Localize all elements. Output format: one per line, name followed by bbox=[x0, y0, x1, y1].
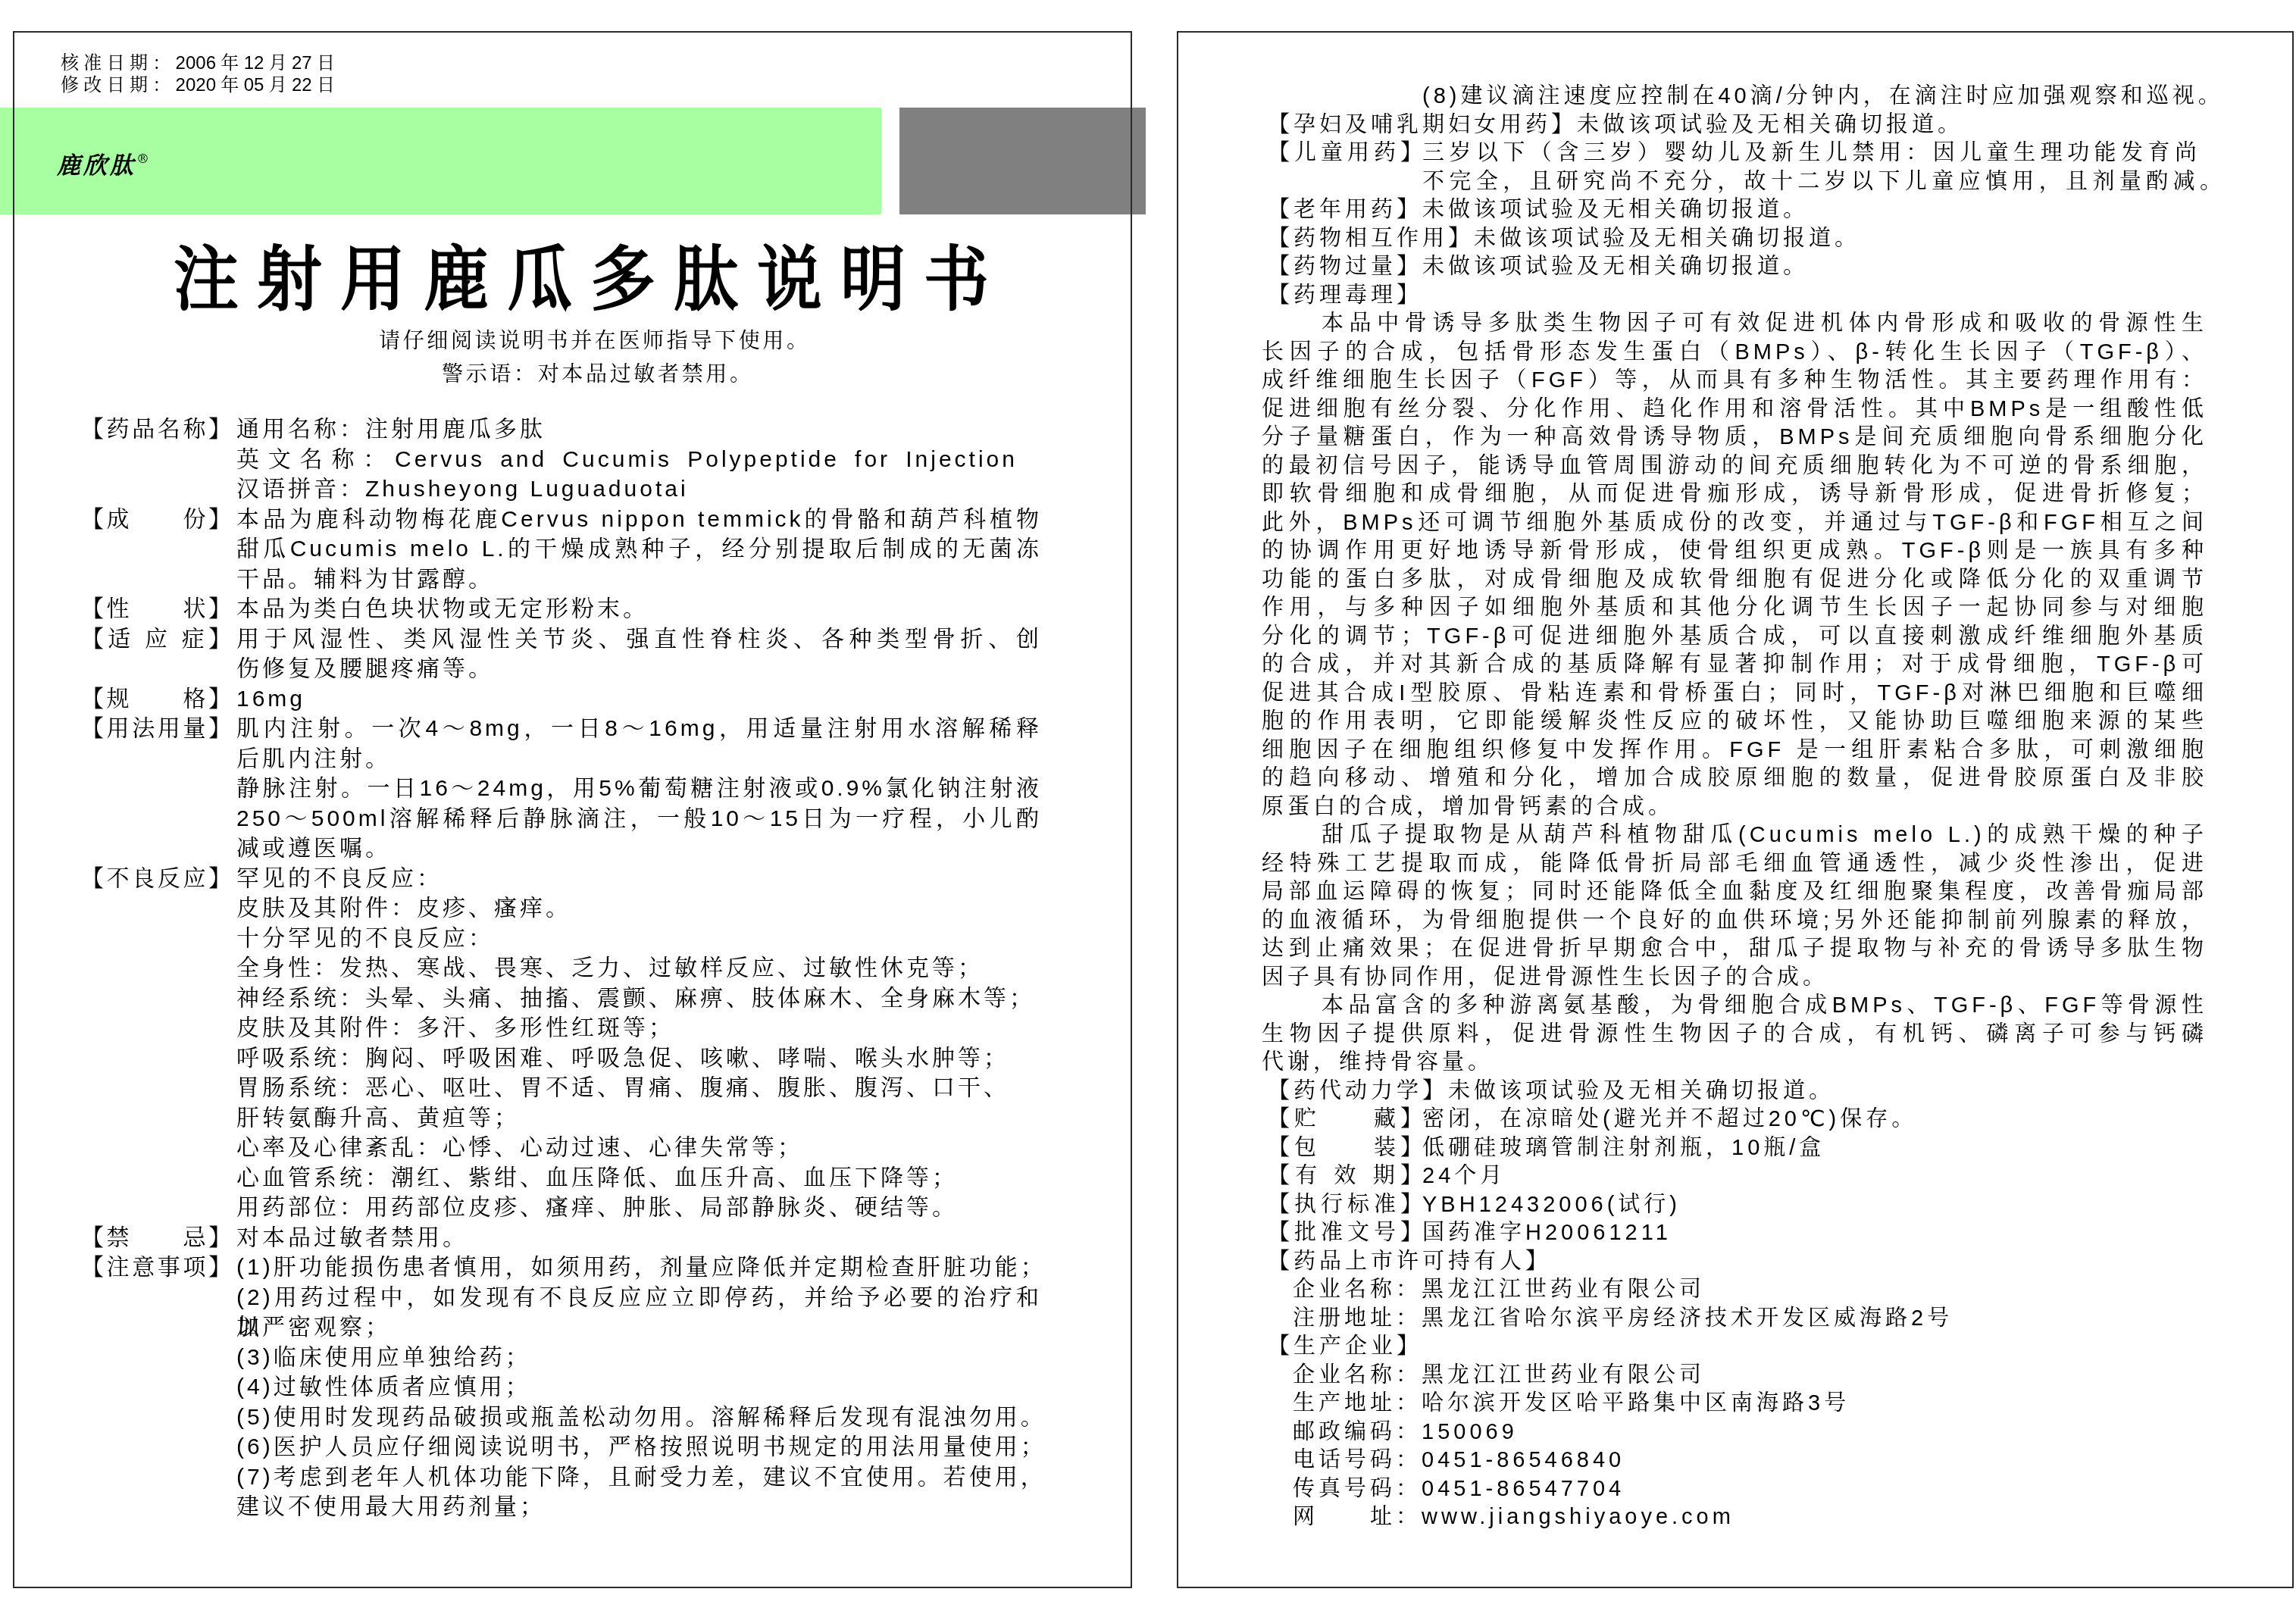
manufacturer-address: 生产地址：哈尔滨开发区哈平路集中区南海路3号 bbox=[1262, 1390, 2247, 1418]
precaution-item: (4)过敏性体质者应慎用； bbox=[236, 1372, 1042, 1403]
warning-notice: 警示语：对本品过敏者禁用。 bbox=[442, 361, 751, 387]
section-manufacturer-label: 【生产企业】 bbox=[1262, 1333, 2247, 1362]
section-line: 心血管系统：潮红、紫绀、血压降低、血压升高、血压下降等； bbox=[236, 1163, 1042, 1193]
field-value: 哈尔滨开发区哈平路集中区南海路3号 bbox=[1422, 1391, 1850, 1415]
field-value: 黑龙江江世药业有限公司 bbox=[1422, 1363, 1705, 1387]
pharmacology-line: 分化的调节；TGF-β可促进细胞外基质合成，可以直接刺激成纤维细胞外基质 bbox=[1262, 623, 2207, 652]
section-value: 未做该项试验及无相关确切报道。 bbox=[1577, 113, 1963, 137]
section-value: YBH12432006(试行) bbox=[1422, 1193, 1681, 1217]
section-line: 三岁以下（含三岁）婴幼儿及新生儿禁用：因儿童生理功能发育尚 bbox=[1422, 139, 2201, 168]
section-storage: 【贮 藏】密闭，在凉暗处(避光并不超过20℃)保存。 bbox=[1262, 1106, 2247, 1134]
manufacturer-phone: 电话号码：0451-86546840 bbox=[1262, 1447, 2247, 1475]
left-page-body: 【药品名称】 通用名称：注射用鹿瓜多肽 英文名称：Cervus and Cucu… bbox=[81, 414, 1042, 1522]
section-precautions: 【注意事项】 (1)肝功能损伤患者慎用，如须用药，剂量应降低并定期检查肝脏功能；… bbox=[81, 1253, 1042, 1522]
field-value: 150069 bbox=[1422, 1420, 1518, 1444]
section-label: 【儿童用药】 bbox=[1268, 139, 1422, 168]
section-line: 本品为鹿科动物梅花鹿Cervus nippon temmick的骨骼和葫芦科植物 bbox=[236, 505, 1042, 535]
pharmacology-line: 代谢，维持骨容量。 bbox=[1262, 1049, 2247, 1077]
section-value: 密闭，在凉暗处(避光并不超过20℃)保存。 bbox=[1422, 1107, 1917, 1131]
pharmacology-line: 本品富含的多种游离氨基酸，为骨细胞合成BMPs、TGF-β、FGF等骨源性 bbox=[1262, 992, 2207, 1021]
section-label: 【不良反应】 bbox=[81, 864, 231, 894]
pharmacology-line: 的血液循环，为骨细胞提供一个良好的血供环境;另外还能抑制前列腺素的释放， bbox=[1262, 907, 2207, 936]
section-value: 国药准字H20061211 bbox=[1422, 1221, 1672, 1245]
section-line: 用药部位：用药部位皮疹、瘙痒、肿胀、局部静脉炎、硬结等。 bbox=[236, 1193, 1042, 1223]
pharmacology-line: 促进细胞有丝分裂、分化作用、趋化作用和溶骨活性。其中BMPs是一组酸性低 bbox=[1262, 396, 2207, 424]
section-body: 罕见的不良反应： 皮肤及其附件：皮疹、瘙痒。 十分罕见的不良反应： 全身性：发热… bbox=[236, 864, 1042, 1223]
precaution-item: (3)临床使用应单独给药； bbox=[236, 1343, 1042, 1373]
pharmacology-line: 作用，与多种因子如细胞外基质和其他分化调节生长因子一起协同参与对细胞 bbox=[1262, 594, 2207, 623]
section-line: 对本品过敏者禁用。 bbox=[236, 1223, 1042, 1253]
manufacturer-company-name: 企业名称：黑龙江江世药业有限公司 bbox=[1262, 1362, 2247, 1390]
precaution-item-8: (8)建议滴注速度应控制在40滴/分钟内，在滴注时应加强观察和巡视。 bbox=[1262, 83, 2247, 111]
pharmacology-line: 的协调作用更好地诱导新骨形成，使骨组织更成熟。TGF-β则是一族具有多种 bbox=[1262, 537, 2207, 566]
section-label: 【适 应 症】 bbox=[81, 624, 231, 655]
section-line: 神经系统：头晕、头痛、抽搐、震颤、麻痹、肢体麻木、全身麻木等； bbox=[236, 984, 1042, 1014]
field-label: 邮政编码： bbox=[1293, 1420, 1422, 1444]
field-label: 企业名称： bbox=[1293, 1363, 1422, 1387]
pinyin-name: 汉语拼音：Zhusheyong Luguaduotai bbox=[236, 474, 1042, 505]
pharmacology-line: 局部血运障碍的恢复；同时还能降低全血黏度及红细胞聚集程度，改善骨痂局部 bbox=[1262, 878, 2207, 907]
section-label: 【贮 藏】 bbox=[1268, 1106, 1422, 1134]
generic-name: 通用名称：注射用鹿瓜多肽 bbox=[236, 414, 1042, 445]
pharmacology-line: 此外，BMPs还可调节细胞外基质成份的改变，并通过与TGF-β和FGF相互之间 bbox=[1262, 509, 2207, 538]
approval-date-value: 2006年12月27日 bbox=[176, 53, 335, 73]
section-line: 用于风湿性、类风湿性关节炎、强直性脊柱炎、各种类型骨折、创 bbox=[236, 624, 1042, 655]
section-line: 全身性：发热、寒战、畏寒、乏力、过敏样反应、过敏性休克等； bbox=[236, 953, 1042, 984]
section-label: 【用法用量】 bbox=[81, 714, 231, 744]
field-label: 生产地址： bbox=[1293, 1391, 1422, 1415]
section-body: 肌内注射。一次4～8mg，一日8～16mg，用适量注射用水溶解稀释 后肌内注射。… bbox=[236, 714, 1042, 864]
section-approval-number: 【批准文号】国药准字H20061211 bbox=[1262, 1219, 2247, 1248]
section-label: 【有 效 期】 bbox=[1268, 1162, 1422, 1191]
section-dosage: 【用法用量】 肌内注射。一次4～8mg，一日8～16mg，用适量注射用水溶解稀释… bbox=[81, 714, 1042, 864]
field-value: www.jiangshiyaoye.com bbox=[1422, 1505, 1735, 1529]
pharmacology-line: 甜瓜子提取物是从葫芦科植物甜瓜(Cucumis melo L.)的成熟干燥的种子 bbox=[1262, 821, 2207, 850]
precaution-item: (7)考虑到老年人机体功能下降，且耐受力差，建议不宜使用。若使用， bbox=[236, 1462, 1042, 1493]
field-label: 传真号码： bbox=[1293, 1477, 1422, 1501]
section-body: 通用名称：注射用鹿瓜多肽 英文名称：Cervus and Cucumis Pol… bbox=[236, 414, 1042, 505]
section-label: 【药物过量】 bbox=[1268, 255, 1422, 279]
section-body: 对本品过敏者禁用。 bbox=[236, 1223, 1042, 1253]
pharmacology-line: 本品中骨诱导多肽类生物因子可有效促进机体内骨形成和吸收的骨源性生 bbox=[1262, 310, 2207, 339]
section-mah-label: 【药品上市许可持有人】 bbox=[1262, 1248, 2247, 1277]
section-label: 【批准文号】 bbox=[1268, 1219, 1422, 1248]
section-line: 静脉注射。一日16～24mg，用5%葡萄糖注射液或0.9%氯化钠注射液 bbox=[236, 774, 1042, 804]
section-composition: 【成 份】 本品为鹿科动物梅花鹿Cervus nippon temmick的骨骼… bbox=[81, 505, 1042, 595]
english-name: 英文名称：Cervus and Cucumis Polypeptide for … bbox=[236, 445, 1018, 475]
mah-registered-address: 注册地址：黑龙江省哈尔滨平房经济技术开发区威海路2号 bbox=[1262, 1305, 2247, 1334]
section-line: 后肌内注射。 bbox=[236, 744, 1042, 774]
section-validity: 【有 效 期】24个月 bbox=[1262, 1162, 2247, 1191]
section-label: 【执行标准】 bbox=[1268, 1191, 1422, 1220]
pharmacology-line: 原蛋白的合成，增加骨钙素的合成。 bbox=[1262, 793, 2247, 822]
approval-date-label: 核准日期： bbox=[61, 53, 176, 73]
section-label: 【孕妇及哺乳期妇女用药】 bbox=[1268, 113, 1577, 137]
pharmacology-line: 功能的蛋白多肽，对成骨细胞及成软骨细胞有促进分化或降低分化的双重调节 bbox=[1262, 566, 2207, 595]
section-label: 【药物相互作用】 bbox=[1268, 227, 1474, 251]
field-value: 黑龙江江世药业有限公司 bbox=[1422, 1278, 1705, 1302]
section-line: 16mg bbox=[236, 684, 1042, 715]
field-label: 企业名称： bbox=[1293, 1278, 1422, 1302]
section-indications: 【适 应 症】 用于风湿性、类风湿性关节炎、强直性脊柱炎、各种类型骨折、创 伤修… bbox=[81, 624, 1042, 684]
section-label: 【禁 忌】 bbox=[81, 1223, 231, 1253]
field-value: 0451-86547704 bbox=[1422, 1477, 1625, 1501]
section-overdose: 【药物过量】未做该项试验及无相关确切报道。 bbox=[1262, 253, 2247, 282]
approval-date: 核准日期：2006年12月27日 bbox=[61, 52, 335, 74]
section-label: 【老年用药】 bbox=[1268, 198, 1422, 222]
revision-date-value: 2020年05月22日 bbox=[176, 75, 335, 95]
section-body: (1)肝功能损伤患者慎用，如须用药，剂量应降低并定期检查肝脏功能； (2)用药过… bbox=[236, 1253, 1042, 1522]
mah-company-name: 企业名称：黑龙江江世药业有限公司 bbox=[1262, 1276, 2247, 1305]
section-line: 胃肠系统：恶心、呕吐、胃不适、胃痛、腹痛、腹胀、腹泻、口干、 bbox=[236, 1073, 1042, 1103]
precaution-item: (2)用药过程中，如发现有不良反应应立即停药，并给予必要的治疗和加 bbox=[236, 1283, 1042, 1313]
section-line: 减或遵医嘱。 bbox=[236, 834, 1042, 864]
section-line: 不完全，且研究尚不充分，故十二岁以下儿童应慎用，且剂量酌减。 bbox=[1422, 168, 2226, 197]
pharmacology-line: 分子量糖蛋白，作为一种高效骨诱导物质，BMPs是间充质细胞向骨系细胞分化 bbox=[1262, 424, 2207, 452]
field-value: 黑龙江省哈尔滨平房经济技术开发区威海路2号 bbox=[1422, 1306, 1953, 1331]
section-strength: 【规 格】 16mg bbox=[81, 684, 1042, 715]
section-drug-name: 【药品名称】 通用名称：注射用鹿瓜多肽 英文名称：Cervus and Cucu… bbox=[81, 414, 1042, 505]
section-contraindications: 【禁 忌】 对本品过敏者禁用。 bbox=[81, 1223, 1042, 1253]
document-dates: 核准日期：2006年12月27日 修改日期：2020年05月22日 bbox=[61, 52, 335, 96]
section-description: 【性 状】 本品为类白色块状物或无定形粉末。 bbox=[81, 594, 1042, 624]
section-line: 罕见的不良反应： bbox=[236, 864, 1042, 894]
pharmacology-line: 的最初信号因子，能诱导血管周围游动的间充质细胞转化为不可逆的骨系细胞， bbox=[1262, 452, 2207, 481]
section-interactions: 【药物相互作用】未做该项试验及无相关确切报道。 bbox=[1262, 225, 2247, 254]
section-value: 未做该项试验及无相关确切报道。 bbox=[1422, 198, 1809, 222]
section-standard: 【执行标准】YBH12432006(试行) bbox=[1262, 1191, 2247, 1220]
pharmacology-line: 促进其合成I型胶原、骨粘连素和骨桥蛋白；同时，TGF-β对淋巴细胞和巨噬细 bbox=[1262, 680, 2207, 708]
revision-date-label: 修改日期： bbox=[61, 75, 176, 95]
section-body: 本品为类白色块状物或无定形粉末。 bbox=[236, 594, 1042, 624]
pharmacology-line: 生物因子提供原料，促进骨源性生物因子的合成，有机钙、磷离子可参与钙磷 bbox=[1262, 1021, 2207, 1049]
brand-name: 鹿欣肽 bbox=[57, 152, 136, 180]
pharmacology-line: 的合成，并对其新合成的基质降解有显著抑制作用；对于成骨细胞，TGF-β可 bbox=[1262, 651, 2207, 680]
section-line: 皮肤及其附件：皮疹、瘙痒。 bbox=[236, 893, 1042, 924]
section-geriatric: 【老年用药】未做该项试验及无相关确切报道。 bbox=[1262, 196, 2247, 225]
section-pharmacokinetics: 【药代动力学】未做该项试验及无相关确切报道。 bbox=[1262, 1077, 2247, 1106]
manufacturer-fax: 传真号码：0451-86547704 bbox=[1262, 1475, 2247, 1504]
section-line: 干品。辅料为甘露醇。 bbox=[236, 565, 1042, 595]
precaution-item: 建议不使用最大用药剂量； bbox=[236, 1492, 1042, 1522]
section-label: 【药品名称】 bbox=[81, 414, 231, 445]
section-value: 低硼硅玻璃管制注射剂瓶，10瓶/盒 bbox=[1422, 1136, 1825, 1160]
section-adverse-reactions: 【不良反应】 罕见的不良反应： 皮肤及其附件：皮疹、瘙痒。 十分罕见的不良反应：… bbox=[81, 864, 1042, 1223]
pharmacology-line: 经特殊工艺提取而成，能降低骨折局部毛细血管通透性，减少炎性渗出，促进 bbox=[1262, 850, 2207, 879]
section-line: 本品为类白色块状物或无定形粉末。 bbox=[236, 594, 1042, 624]
brand-logo: 鹿欣肽® bbox=[57, 142, 149, 183]
section-body: 本品为鹿科动物梅花鹿Cervus nippon temmick的骨骼和葫芦科植物… bbox=[236, 505, 1042, 595]
field-value: 0451-86546840 bbox=[1422, 1448, 1625, 1472]
section-pregnancy: 【孕妇及哺乳期妇女用药】未做该项试验及无相关确切报道。 bbox=[1262, 111, 2247, 140]
field-label: 注册地址： bbox=[1293, 1306, 1422, 1331]
section-value: 24个月 bbox=[1422, 1164, 1506, 1188]
pharmacology-line: 的趋向移动、增殖和分化，增加合成胶原细胞的数量，促进骨胶原蛋白及非胶 bbox=[1262, 765, 2207, 793]
section-line: 呼吸系统：胸闷、呼吸困难、呼吸急促、咳嗽、哮喘、喉头水肿等； bbox=[236, 1043, 1042, 1074]
precaution-item: 以严密观察； bbox=[236, 1312, 1042, 1343]
section-label: 【注意事项】 bbox=[81, 1253, 231, 1283]
section-value: 未做该项试验及无相关确切报道。 bbox=[1448, 1079, 1835, 1103]
section-label: 【药代动力学】 bbox=[1268, 1079, 1448, 1103]
section-value: 未做该项试验及无相关确切报道。 bbox=[1422, 255, 1809, 279]
section-label: 【包 装】 bbox=[1268, 1134, 1422, 1163]
section-pediatric-cont: 不完全，且研究尚不充分，故十二岁以下儿童应慎用，且剂量酌减。 bbox=[1262, 168, 2247, 197]
section-line: 心率及心律紊乱：心悸、心动过速、心律失常等； bbox=[236, 1133, 1042, 1163]
pharmacology-line: 达到止痛效果；在促进骨折早期愈合中，甜瓜子提取物与补充的骨诱导多肽生物 bbox=[1262, 935, 2207, 964]
field-label: 电话号码： bbox=[1293, 1448, 1422, 1472]
pharmacology-line: 成纤维细胞生长因子（FGF）等，从而具有多种生物活性。其主要药理作用有： bbox=[1262, 367, 2207, 396]
section-line: 肌内注射。一次4～8mg，一日8～16mg，用适量注射用水溶解稀释 bbox=[236, 714, 1042, 744]
field-label: 网 址： bbox=[1293, 1505, 1422, 1529]
reading-notice: 请仔细阅读说明书并在医师指导下使用。 bbox=[379, 328, 808, 354]
section-pharmacology-label: 【药理毒理】 bbox=[1262, 282, 2247, 311]
precaution-item: (6)医护人员应仔细阅读说明书，严格按照说明书规定的用法用量使用； bbox=[236, 1432, 1042, 1462]
pharmacology-line: 长因子的合成，包括骨形态发生蛋白（BMPs）、β-转化生长因子（TGF-β）、 bbox=[1262, 339, 2207, 367]
section-package: 【包 装】低硼硅玻璃管制注射剂瓶，10瓶/盒 bbox=[1262, 1134, 2247, 1163]
section-line: 甜瓜Cucumis melo L.的干燥成熟种子，经分别提取后制成的无菌冻 bbox=[236, 534, 1042, 565]
section-label: 【成 份】 bbox=[81, 505, 231, 535]
section-line: 肝转氨酶升高、黄疸等； bbox=[236, 1103, 1042, 1134]
revision-date: 修改日期：2020年05月22日 bbox=[61, 74, 335, 96]
pharmacology-line: 因子具有协同作用，促进骨源性生长因子的合成。 bbox=[1262, 964, 2247, 993]
section-line: 皮肤及其附件：多汗、多形性红斑等； bbox=[236, 1013, 1042, 1043]
pharmacology-line: 胞的作用表明，它即能缓解炎性反应的破坏性，又能协助巨噬细胞来源的某些 bbox=[1262, 708, 2207, 737]
manufacturer-postcode: 邮政编码：150069 bbox=[1262, 1418, 2247, 1447]
section-body: 16mg bbox=[236, 684, 1042, 715]
registered-mark-icon: ® bbox=[136, 152, 149, 167]
section-value: 未做该项试验及无相关确切报道。 bbox=[1474, 227, 1860, 251]
section-body: 用于风湿性、类风湿性关节炎、强直性脊柱炎、各种类型骨折、创 伤修复及腰腿疼痛等。 bbox=[236, 624, 1042, 684]
document-title: 注射用鹿瓜多肽说明书 bbox=[174, 238, 989, 323]
precaution-item: (5)使用时发现药品破损或瓶盖松动勿用。溶解稀释后发现有混浊勿用。 bbox=[236, 1403, 1042, 1433]
section-line: 伤修复及腰腿疼痛等。 bbox=[236, 654, 1042, 684]
section-line: 十分罕见的不良反应： bbox=[236, 924, 1042, 954]
section-label: 【性 状】 bbox=[81, 594, 231, 624]
section-label: 【规 格】 bbox=[81, 684, 231, 715]
right-page-body: (8)建议滴注速度应控制在40滴/分钟内，在滴注时应加强观察和巡视。 【孕妇及哺… bbox=[1262, 83, 2247, 1532]
pharmacology-line: 即软骨细胞和成骨细胞，从而促进骨痂形成，诱导新骨形成，促进骨折修复； bbox=[1262, 480, 2207, 509]
pharmacology-line: 细胞因子在细胞组织修复中发挥作用。FGF 是一组肝素粘合多肽，可刺激细胞 bbox=[1262, 737, 2207, 765]
section-pediatric: 【儿童用药】三岁以下（含三岁）婴幼儿及新生儿禁用：因儿童生理功能发育尚 bbox=[1262, 139, 2247, 168]
section-line: 250～500ml溶解稀释后静脉滴注，一般10～15日为一疗程，小儿酌 bbox=[236, 804, 1042, 834]
precaution-item: (1)肝功能损伤患者慎用，如须用药，剂量应降低并定期检查肝脏功能； bbox=[236, 1253, 1042, 1283]
manufacturer-website: 网 址：www.jiangshiyaoye.com bbox=[1262, 1503, 2247, 1532]
